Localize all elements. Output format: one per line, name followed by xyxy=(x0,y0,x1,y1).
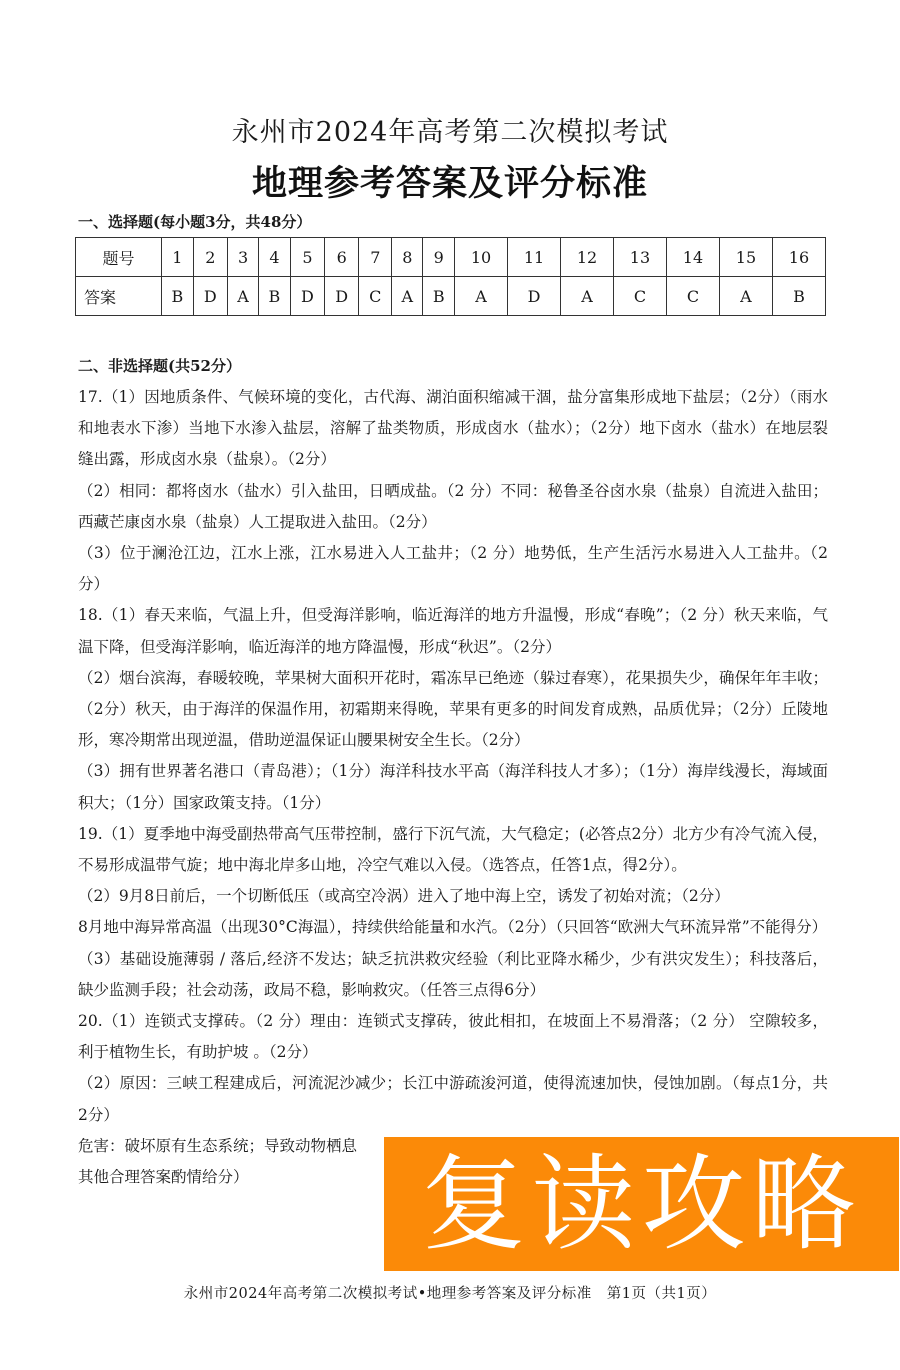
answer-row: 答案 B D A B D D C A B A D A C C A B xyxy=(76,277,826,316)
page-footer: 永州市2024年高考第二次模拟考试•地理参考答案及评分标准 第1页（共1页） xyxy=(0,1282,900,1303)
answer-paragraph-q19-3: （3）基础设施薄弱 / 落后,经济不发达；缺乏抗洪救灾经验（利比亚降水稀少，少有… xyxy=(78,944,828,1006)
watermark-banner: 复读攻略 xyxy=(384,1137,899,1271)
answer-cell: A xyxy=(561,277,614,316)
answer-cell: B xyxy=(423,277,455,316)
answer-cell: D xyxy=(508,277,561,316)
answer-key-page: 永州市2024年高考第二次模拟考试 地理参考答案及评分标准 一、选择题(每小题3… xyxy=(0,0,900,1370)
question-number-cell: 1 xyxy=(162,238,194,277)
answer-cell: D xyxy=(290,277,324,316)
question-number-cell: 6 xyxy=(325,238,359,277)
question-number-cell: 11 xyxy=(508,238,561,277)
question-number-cell: 3 xyxy=(227,238,258,277)
answer-cell: C xyxy=(359,277,392,316)
question-number-cell: 4 xyxy=(259,238,291,277)
answer-paragraph-q18-3: （3）拥有世界著名港口（青岛港）；（1分）海洋科技水平高（海洋科技人才多）；（1… xyxy=(78,756,828,818)
section-heading-multiple-choice: 一、选择题(每小题3分，共48分） xyxy=(78,211,311,232)
answer-paragraph-q19-1: 19.（1）夏季地中海受副热带高气压带控制，盛行下沉气流，大气稳定；(必答点2分… xyxy=(78,819,828,881)
answer-cell: B xyxy=(162,277,194,316)
answer-cell: B xyxy=(259,277,291,316)
answer-paragraph-q17-1: 17.（1）因地质条件、气候环境的变化，古代海、湖泊面积缩减干涸，盐分富集形成地… xyxy=(78,382,828,476)
question-number-row: 题号 1 2 3 4 5 6 7 8 9 10 11 12 13 14 15 1… xyxy=(76,238,826,277)
section-heading-free-response: 二、非选择题(共52分） xyxy=(78,355,241,376)
answer-cell: A xyxy=(719,277,772,316)
answer-paragraph-q20-2: （2）原因：三峡工程建成后，河流泥沙减少；长江中游疏浚河道，使得流速加快，侵蚀加… xyxy=(78,1068,828,1130)
question-number-cell: 8 xyxy=(392,238,423,277)
document-title: 地理参考答案及评分标准 xyxy=(0,156,900,206)
question-number-cell: 10 xyxy=(455,238,508,277)
question-number-cell: 2 xyxy=(193,238,227,277)
answer-paragraph-q19-2b: 8月地中海异常高温（出现30°C海温），持续供给能量和水汽。（2分）（只回答“欧… xyxy=(78,912,828,943)
answer-paragraph-q18-1: 18.（1）春天来临，气温上升，但受海洋影响，临近海洋的地方升温慢，形成“春晚”… xyxy=(78,600,828,662)
answer-cell: A xyxy=(227,277,258,316)
question-number-cell: 5 xyxy=(290,238,324,277)
answer-row-label: 答案 xyxy=(76,277,162,316)
answer-cell: C xyxy=(666,277,719,316)
answer-paragraph-q20-1: 20.（1）连锁式支撑砖。（2 分）理由：连锁式支撑砖，彼此相扣，在坡面上不易滑… xyxy=(78,1006,828,1068)
answer-paragraph-q19-2a: （2）9月8日前后，一个切断低压（或高空冷涡）进入了地中海上空，诱发了初始对流；… xyxy=(78,881,828,912)
question-number-cell: 9 xyxy=(423,238,455,277)
answer-cell: A xyxy=(455,277,508,316)
question-row-label: 题号 xyxy=(76,238,162,277)
answer-cell: C xyxy=(613,277,666,316)
question-number-cell: 15 xyxy=(719,238,772,277)
question-number-cell: 13 xyxy=(613,238,666,277)
answer-paragraph-q17-3: （3）位于澜沧江边，江水上涨，江水易进入人工盐井；（2 分）地势低，生产生活污水… xyxy=(78,538,828,600)
answer-cell: D xyxy=(325,277,359,316)
answer-paragraph-q17-2: （2）相同：都将卤水（盐水）引入盐田，日晒成盐。（2 分）不同：秘鲁圣谷卤水泉（… xyxy=(78,476,828,538)
answer-cell: A xyxy=(392,277,423,316)
exam-title: 永州市2024年高考第二次模拟考试 xyxy=(0,110,900,149)
free-response-answers: 17.（1）因地质条件、气候环境的变化，古代海、湖泊面积缩减干涸，盐分富集形成地… xyxy=(78,382,828,1193)
question-number-cell: 16 xyxy=(772,238,825,277)
question-number-cell: 12 xyxy=(561,238,614,277)
answer-cell: B xyxy=(772,277,825,316)
question-number-cell: 7 xyxy=(359,238,392,277)
answer-table: 题号 1 2 3 4 5 6 7 8 9 10 11 12 13 14 15 1… xyxy=(75,237,826,316)
answer-cell: D xyxy=(193,277,227,316)
question-number-cell: 14 xyxy=(666,238,719,277)
watermark-text: 复读攻略 xyxy=(421,1152,861,1256)
answer-paragraph-q18-2: （2）烟台滨海，春暖较晚，苹果树大面积开花时，霜冻早已绝迹（躲过春寒），花果损失… xyxy=(78,663,828,757)
